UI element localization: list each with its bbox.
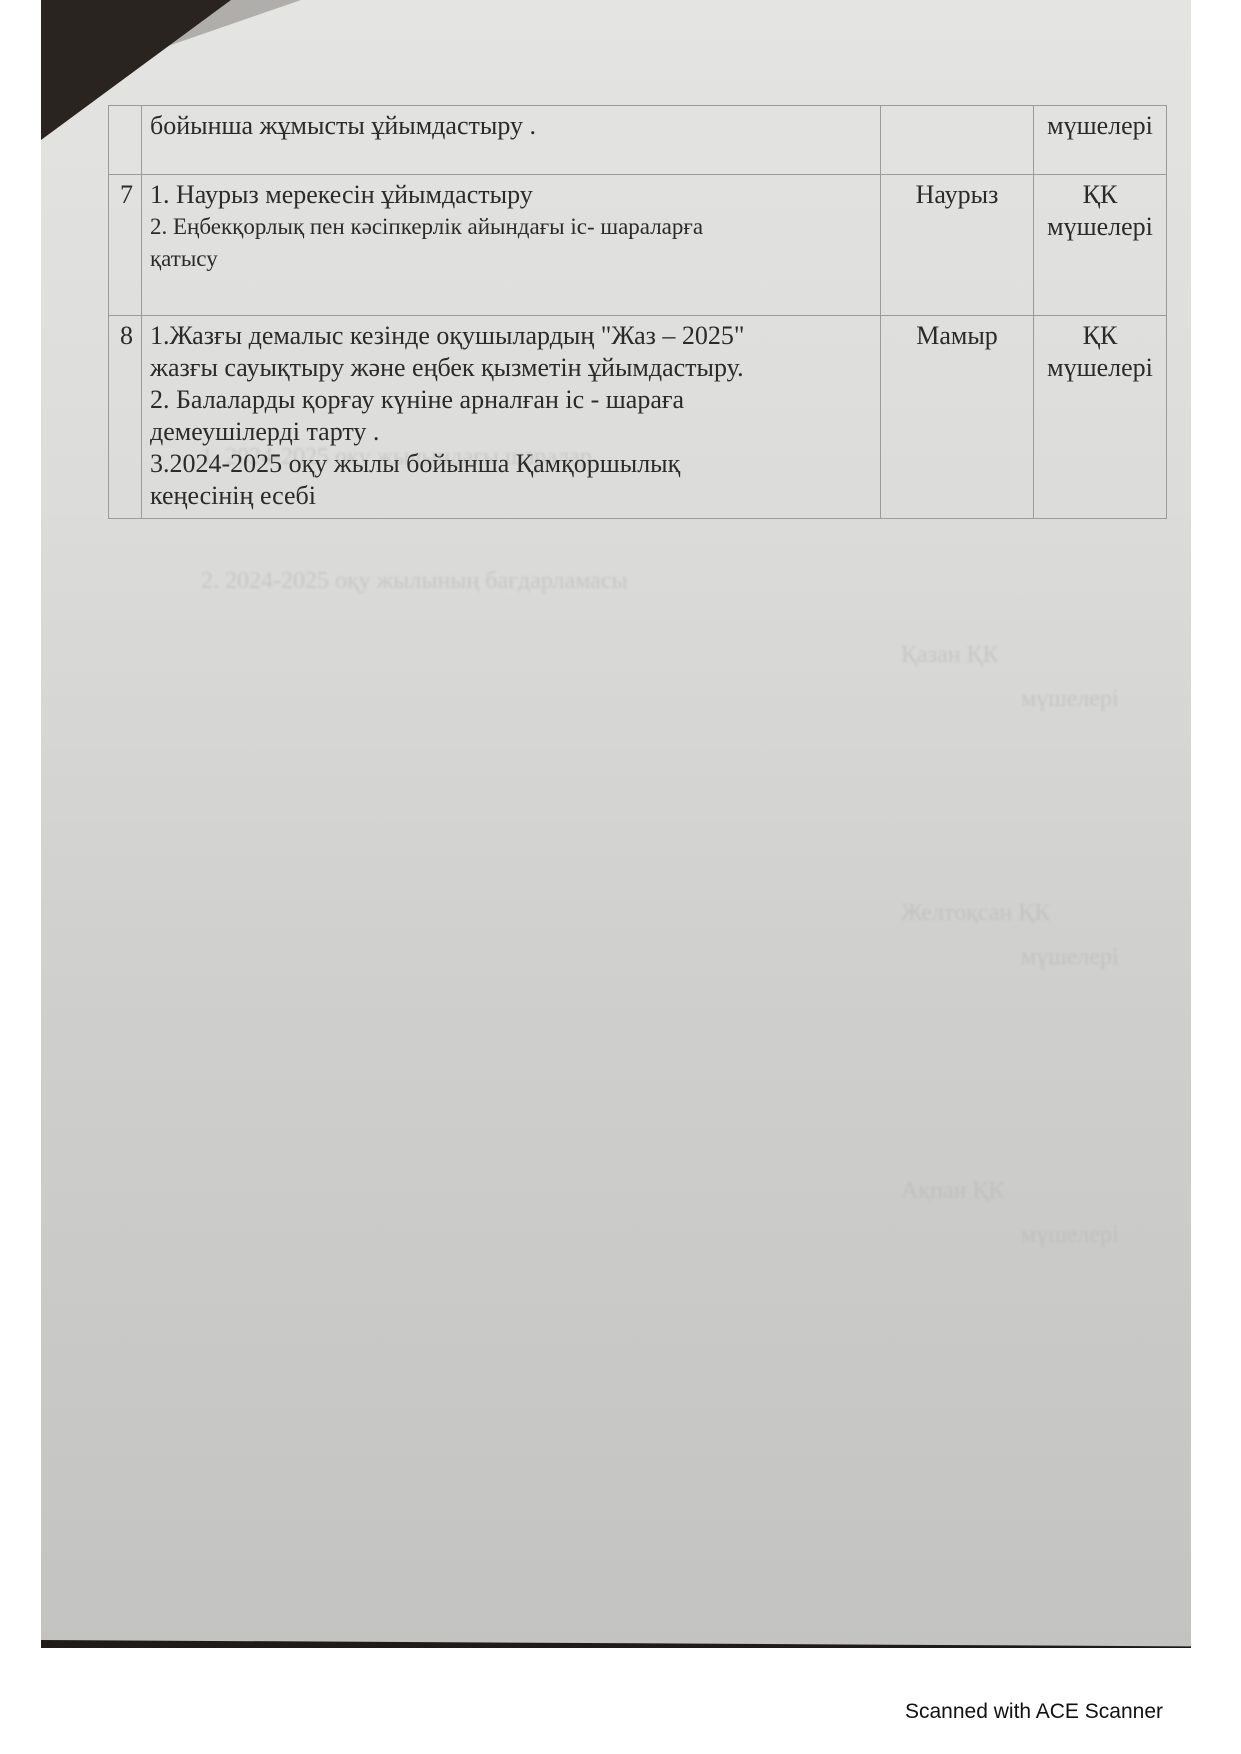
row-responsible: мүшелері xyxy=(1034,106,1167,175)
row-number: 8 xyxy=(109,316,142,519)
row-number xyxy=(109,106,142,175)
row-content: бойынша жұмысты ұйымдастыру . xyxy=(142,106,881,175)
row-content: 1.Жазғы демалыс кезінде оқушылардың "Жаз… xyxy=(142,316,881,519)
row-content: 1. Наурыз мерекесін ұйымдастыру 2. Еңбек… xyxy=(142,175,881,316)
paper-edge xyxy=(41,1640,1191,1648)
row-month xyxy=(881,106,1034,175)
table-row: бойынша жұмысты ұйымдастыру . мүшелері xyxy=(109,106,1167,175)
row-month: Наурыз xyxy=(881,175,1034,316)
plan-table: бойынша жұмысты ұйымдастыру . мүшелері 7… xyxy=(108,105,1167,519)
row-responsible: ҚК мүшелері xyxy=(1034,175,1167,316)
row-number: 7 xyxy=(109,175,142,316)
row-month: Мамыр xyxy=(881,316,1034,519)
bleed-through-text: 1. 2024-2025 оқу жылындағы шаралар 2. 20… xyxy=(141,440,1141,1490)
scanner-watermark: Scanned with ACE Scanner xyxy=(905,1700,1163,1724)
row-responsible: ҚК мүшелері xyxy=(1034,316,1167,519)
table-row: 8 1.Жазғы демалыс кезінде оқушылардың "Ж… xyxy=(109,316,1167,519)
table-row: 7 1. Наурыз мерекесін ұйымдастыру 2. Еңб… xyxy=(109,175,1167,316)
